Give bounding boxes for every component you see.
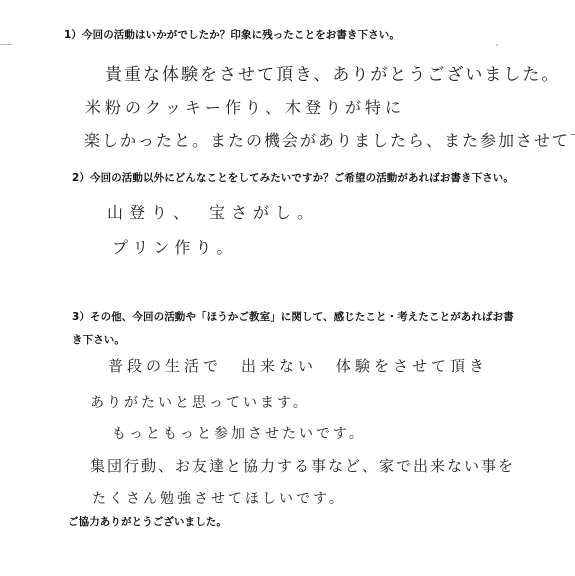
- scan-edge-mark: [0, 44, 12, 45]
- answer-3-line-3: もっともっと参加させたいです。: [112, 423, 366, 443]
- answer-2-line-2: プリン作り。: [112, 235, 237, 258]
- answer-3-line-5: たくさん勉強させてほしいです。: [92, 488, 346, 508]
- question-1-label: 1）今回の活動はいかがでしたか？印象に残ったことをお書き下さい。: [64, 27, 400, 43]
- closing-thanks: ご協力ありがとうございました。: [68, 514, 227, 530]
- question-3-label-line-2: き下さい。: [72, 332, 125, 348]
- answer-2-line-1: 山登り、 宝さがし。: [107, 200, 319, 223]
- question-2-label: 2）今回の活動以外にどんなことをしてみたいですか？ご希望の活動があればお書き下さ…: [72, 170, 514, 186]
- answer-1-line-3: 楽しかったと。またの機会がありましたら、また参加させて下さい。: [84, 128, 575, 151]
- scan-speck: [496, 44, 498, 46]
- cropped-header-fragment: [70, 0, 160, 3]
- answer-3-line-4: 集団行動、お友達と協力する事など、家で出来ない事を: [90, 455, 515, 476]
- answer-3-line-1: 普段の生活で 出来ない 体験をさせて頂き: [108, 355, 488, 376]
- answer-1-line-2: 米粉のクッキー作り、木登りが特に: [85, 95, 405, 118]
- answer-1-line-1: 貴重な体験をさせて頂き、ありがとうございました。: [105, 60, 560, 85]
- answer-3-line-2: ありがたいと思っています。: [90, 392, 310, 412]
- question-3-label-line-1: 3）その他、今回の活動や「ほうかご教室」に関して、感じたこと・考えたことがあれば…: [72, 309, 514, 325]
